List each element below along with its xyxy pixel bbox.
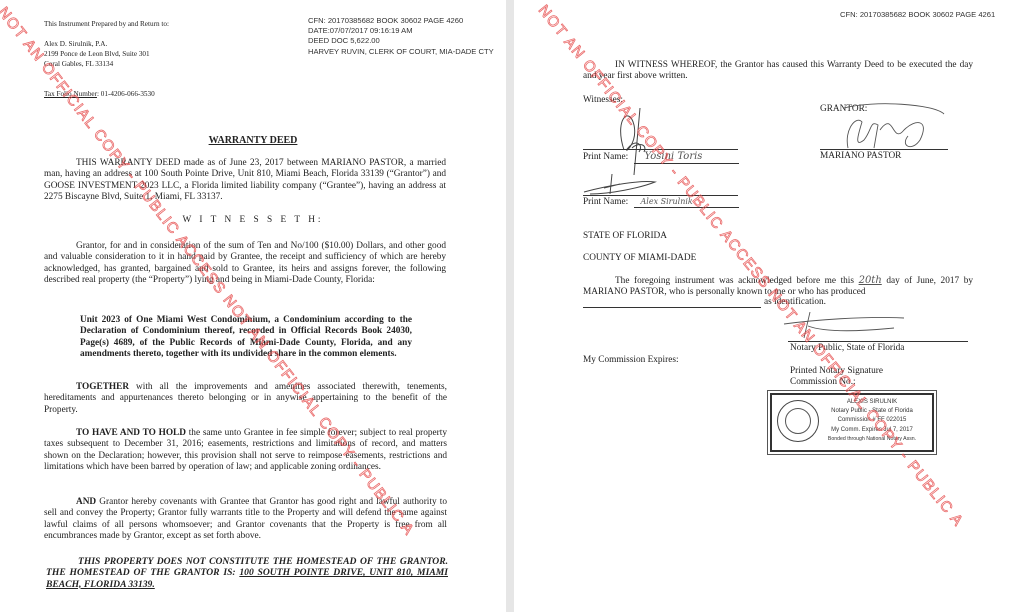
ack-text-before: The foregoing instrument was acknowledge…	[615, 276, 859, 286]
habendum-lead: TO HAVE AND TO HOLD	[76, 428, 186, 438]
cfn-line: CFN: 20170385682 BOOK 30602 PAGE 4260	[308, 16, 494, 26]
cfn-line-page2: CFN: 20170385682 BOOK 30602 PAGE 4261	[840, 10, 995, 20]
commission-expires-label: My Commission Expires:	[583, 355, 679, 366]
print-name-label: Print Name:	[583, 152, 628, 162]
recording-stamp: CFN: 20170385682 BOOK 30602 PAGE 4260 DA…	[308, 16, 494, 57]
acknowledgment-paragraph: The foregoing instrument was acknowledge…	[583, 275, 973, 299]
state-of: STATE OF FLORIDA	[583, 231, 667, 242]
stamp-notary-name: ALEXIS SIRULNIK	[816, 398, 928, 407]
stamp-line3: My Comm. Expires Jul 7, 2017	[816, 426, 928, 435]
together-lead: TOGETHER	[76, 382, 129, 392]
document-title: WARRANTY DEED	[0, 135, 506, 146]
homestead-disclaimer: THIS PROPERTY DOES NOT CONSTITUTE THE HO…	[46, 556, 448, 590]
preparer-address-line1: 2199 Ponce de Leon Blvd, Suite 301	[44, 49, 150, 59]
legal-description: Unit 2023 of One Miami West Condominium,…	[80, 315, 412, 361]
stamp-line4: Bonded through National Notary Assn.	[816, 435, 928, 444]
stamp-line1: Notary Public - State of Florida	[816, 407, 928, 416]
notary-public-label: Notary Public, State of Florida	[790, 343, 904, 354]
print-name-label-2: Print Name:	[583, 197, 628, 207]
prepared-by-label: This Instrument Prepared by and Return t…	[44, 19, 169, 29]
notary-seal-icon	[777, 400, 819, 442]
witness1-print-line	[634, 163, 739, 164]
witness1-print-name: Print Name: Yosini Toris	[583, 151, 702, 163]
witness2-printed-name: Alex Sirulnik	[641, 197, 693, 206]
printed-notary-label: Printed Notary Signature	[790, 366, 883, 377]
preparer-address-line2: Coral Gables, FL 33134	[44, 59, 113, 69]
covenant-paragraph: AND Grantor hereby covenants with Grante…	[44, 497, 447, 543]
consideration-paragraph: Grantor, for and in consideration of the…	[44, 241, 446, 287]
identification-line	[583, 307, 761, 308]
witness2-print-line	[634, 207, 739, 208]
clerk-line: HARVEY RUVIN, CLERK OF COURT, MIA-DADE C…	[308, 47, 494, 57]
notary-stamp: ALEXIS SIRULNIK Notary Public - State of…	[770, 393, 934, 452]
deed-doc-tax: DEED DOC 5,622.00	[308, 36, 494, 46]
grantor-signature-line	[820, 149, 948, 150]
county-of: COUNTY OF MIAMI-DADE	[583, 253, 696, 264]
tax-folio: Tax Folio Number: 01-4206-066-3530	[44, 89, 155, 99]
recording-date: DATE:07/07/2017 09:16:19 AM	[308, 26, 494, 36]
covenant-text: Grantor hereby covenants with Grantee th…	[44, 497, 447, 541]
witness1-printed-name: Yosini Toris	[645, 151, 703, 162]
habendum-paragraph: TO HAVE AND TO HOLD the same unto Grante…	[44, 428, 447, 474]
tax-folio-value: : 01-4206-066-3530	[97, 90, 155, 98]
witness1-signature-line	[583, 149, 738, 150]
in-witness-paragraph: IN WITNESS WHEREOF, the Grantor has caus…	[583, 60, 973, 83]
witness1-signature	[604, 100, 674, 180]
deed-page-2: CFN: 20170385682 BOOK 30602 PAGE 4261 IN…	[514, 0, 1024, 612]
grantor-name: MARIANO PASTOR	[820, 151, 901, 162]
intro-paragraph: THIS WARRANTY DEED made as of June 23, 2…	[44, 158, 446, 204]
commission-no-label: Commission No.:	[790, 377, 856, 388]
together-paragraph: TOGETHER with all the improvements and a…	[44, 382, 447, 416]
preparer-name: Alex D. Sirulnik, P.A.	[44, 39, 107, 49]
ack-day: 20th	[859, 275, 882, 286]
witnesseth-heading: W I T N E S S E T H:	[0, 215, 506, 225]
as-identification: as identification.	[764, 297, 826, 308]
covenant-lead: AND	[76, 497, 96, 507]
tax-folio-label: Tax Folio Number	[44, 90, 97, 98]
notary-signature	[774, 312, 914, 342]
notary-stamp-text: ALEXIS SIRULNIK Notary Public - State of…	[816, 398, 928, 444]
deed-page-1: This Instrument Prepared by and Return t…	[0, 0, 506, 612]
notary-signature-line	[788, 341, 968, 342]
stamp-line2: Commission # FF 022015	[816, 416, 928, 425]
